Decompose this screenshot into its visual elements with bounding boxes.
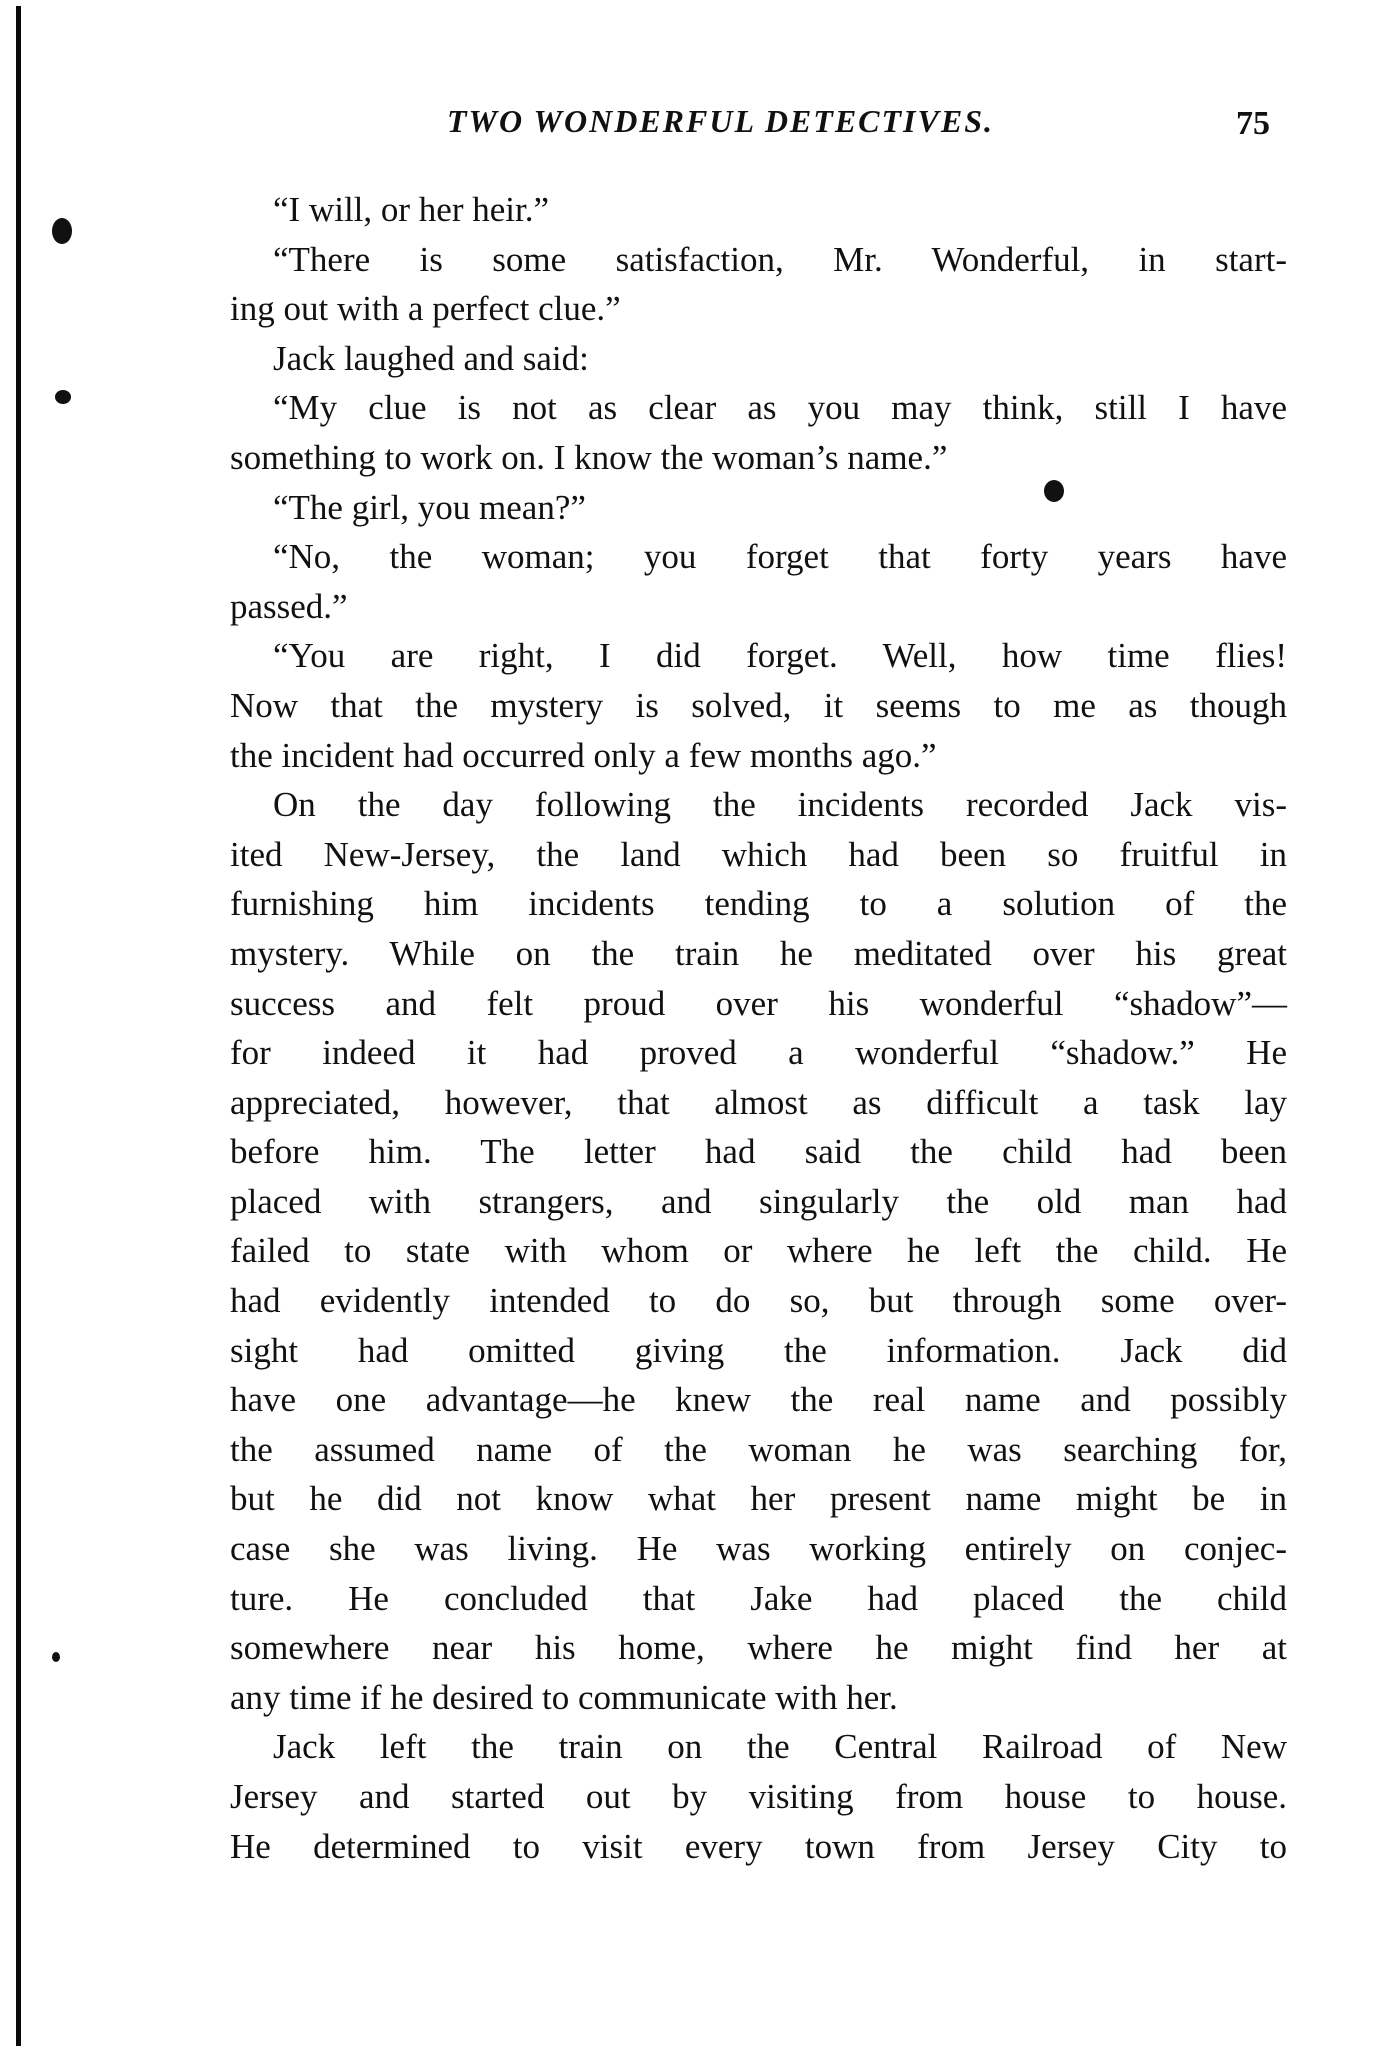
text-line: somewhere near his home, where he might … xyxy=(230,1623,1287,1673)
text-line: Jersey and started out by visiting from … xyxy=(230,1772,1287,1822)
body-text: “I will, or her heir.”“There is some sat… xyxy=(230,185,1287,1871)
text-line: ture. He concluded that Jake had placed … xyxy=(230,1574,1287,1624)
text-line: failed to state with whom or where he le… xyxy=(230,1226,1287,1276)
running-title: TWO WONDERFUL DETECTIVES. xyxy=(447,103,994,140)
text-line: “There is some satisfaction, Mr. Wonderf… xyxy=(230,235,1287,285)
text-line: “You are right, I did forget. Well, how … xyxy=(230,631,1287,681)
ink-blot-left-3 xyxy=(52,1652,60,1662)
text-line: “No, the woman; you forget that forty ye… xyxy=(230,532,1287,582)
text-line: He determined to visit every town from J… xyxy=(230,1822,1287,1872)
text-line: passed.” xyxy=(230,582,1287,632)
page-number: 75 xyxy=(1236,105,1270,143)
page-binding-edge xyxy=(16,6,21,2046)
text-line: but he did not know what her present nam… xyxy=(230,1474,1287,1524)
text-line: “My clue is not as clear as you may thin… xyxy=(230,383,1287,433)
text-line: ited New-Jersey, the land which had been… xyxy=(230,830,1287,880)
text-line: before him. The letter had said the chil… xyxy=(230,1127,1287,1177)
running-head: TWO WONDERFUL DETECTIVES. 75 xyxy=(0,103,1388,163)
text-line: appreciated, however, that almost as dif… xyxy=(230,1078,1287,1128)
text-line: something to work on. I know the woman’s… xyxy=(230,433,1287,483)
text-line: mystery. While on the train he meditated… xyxy=(230,929,1287,979)
text-line: ing out with a perfect clue.” xyxy=(230,284,1287,334)
text-line: the assumed name of the woman he was sea… xyxy=(230,1425,1287,1475)
text-line: “I will, or her heir.” xyxy=(230,185,1287,235)
text-line: Jack laughed and said: xyxy=(230,334,1287,384)
text-line: placed with strangers, and singularly th… xyxy=(230,1177,1287,1227)
ink-blot-left-2 xyxy=(55,390,71,404)
text-line: On the day following the incidents recor… xyxy=(230,780,1287,830)
text-line: for indeed it had proved a wonderful “sh… xyxy=(230,1028,1287,1078)
text-line: the incident had occurred only a few mon… xyxy=(230,731,1287,781)
text-line: “The girl, you mean?” xyxy=(230,483,1287,533)
text-line: had evidently intended to do so, but thr… xyxy=(230,1276,1287,1326)
text-line: Jack left the train on the Central Railr… xyxy=(230,1722,1287,1772)
text-line: any time if he desired to communicate wi… xyxy=(230,1673,1287,1723)
text-line: case she was living. He was working enti… xyxy=(230,1524,1287,1574)
text-line: have one advantage—he knew the real name… xyxy=(230,1375,1287,1425)
ink-blot-left-1 xyxy=(52,218,72,244)
text-line: success and felt proud over his wonderfu… xyxy=(230,979,1287,1029)
text-line: sight had omitted giving the information… xyxy=(230,1326,1287,1376)
text-line: Now that the mystery is solved, it seems… xyxy=(230,681,1287,731)
text-line: furnishing him incidents tending to a so… xyxy=(230,879,1287,929)
